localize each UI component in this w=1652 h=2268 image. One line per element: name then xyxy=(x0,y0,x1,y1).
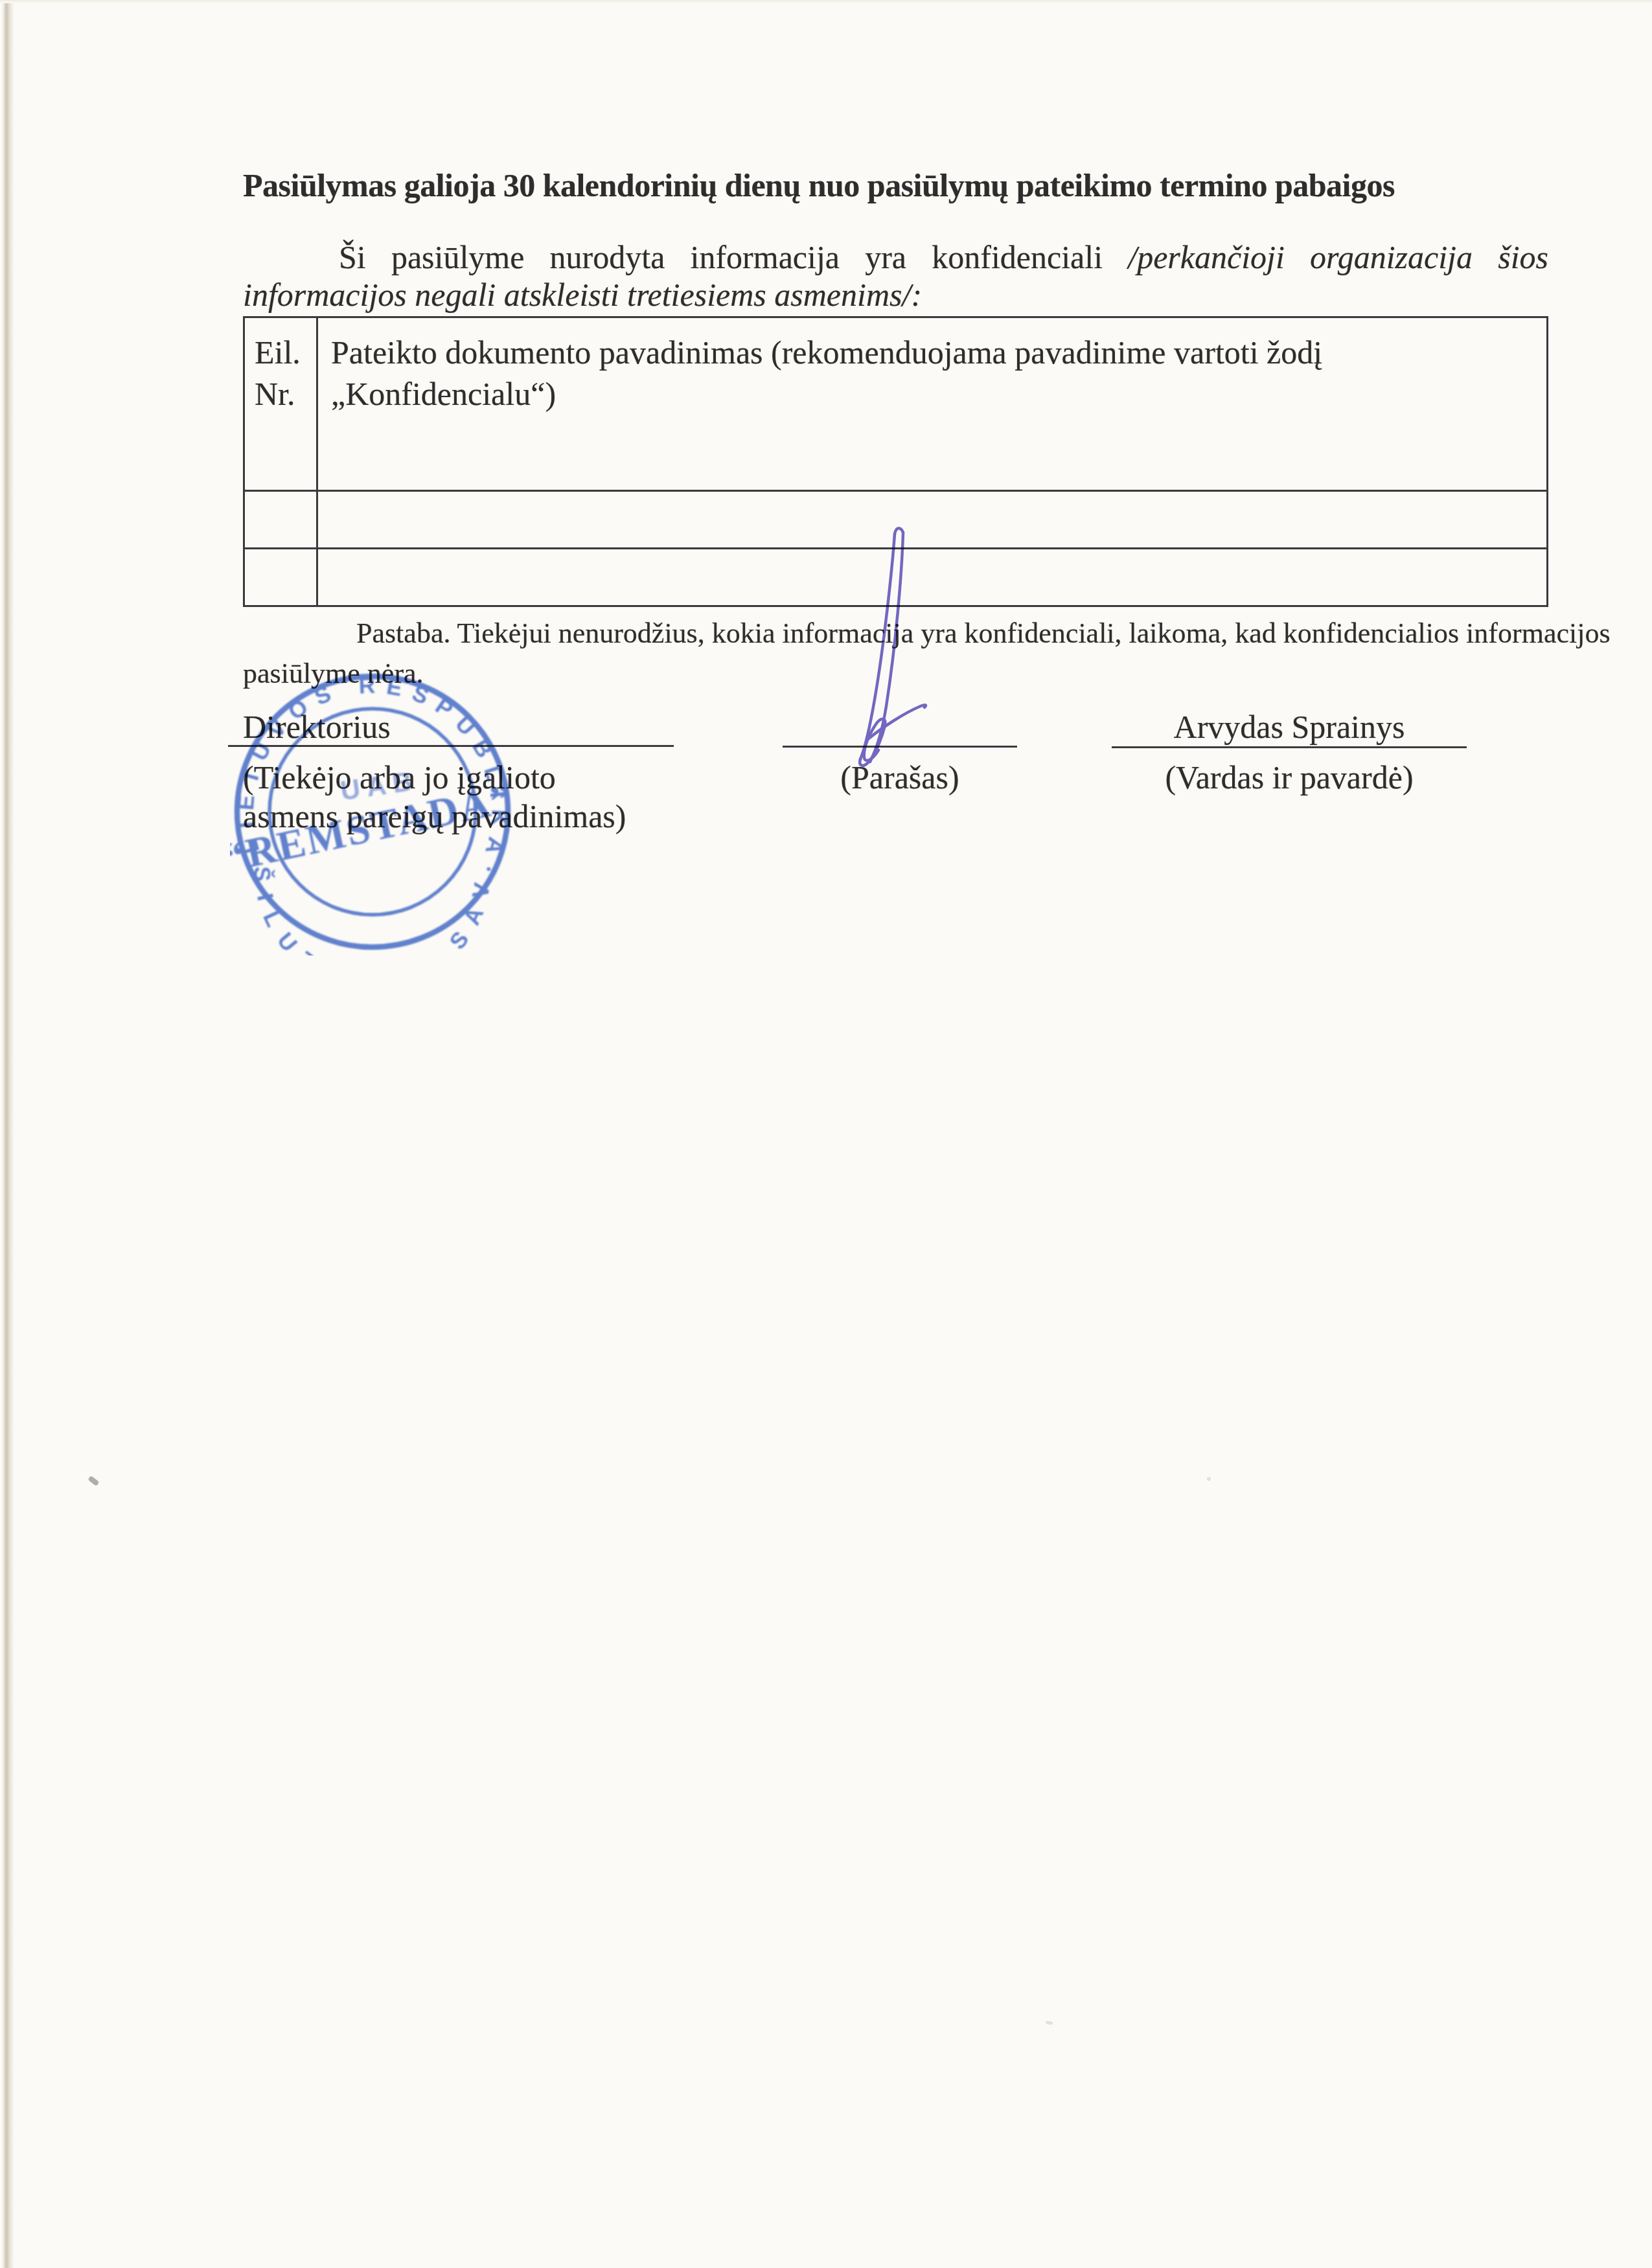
paragraph-line-2: informacijos negali atskleisti tretiesie… xyxy=(243,276,1548,314)
paragraph-regular-text: Ši pasiūlyme nurodyta informacija yra ko… xyxy=(339,239,1103,275)
table-header-col1: Eil. Nr. xyxy=(255,332,301,415)
table-header-col1-line2: Nr. xyxy=(255,373,301,415)
table-column-divider xyxy=(316,318,318,605)
intro-paragraph: Ši pasiūlyme nurodyta informacija yra ko… xyxy=(243,238,1548,314)
paragraph-italic-text: /perkančioji organizacija šios xyxy=(1128,239,1548,275)
table-header-col2-line2: „Konfidencialu“) xyxy=(331,373,1322,415)
scan-speck xyxy=(87,1476,99,1487)
name-label: (Vardas ir pavardė) xyxy=(1112,758,1467,797)
scanned-document-page: Pasiūlymas galioja 30 kalendorinių dienų… xyxy=(0,0,1652,2268)
signature-stroke xyxy=(860,534,895,759)
company-round-stamp: LIETUVOS RESPUBLIKA ŠILUTĖS R. SAV. UAB … xyxy=(230,670,515,956)
table-row-divider-1 xyxy=(245,490,1546,492)
scan-speck xyxy=(1046,2021,1053,2024)
stamp-bottom-arc-text: ŠILUTĖS R. SAV. xyxy=(249,865,496,956)
name-signature-line xyxy=(1112,746,1467,748)
document-heading: Pasiūlymas galioja 30 kalendorinių dienų… xyxy=(243,166,1395,204)
scan-speck xyxy=(1207,1477,1211,1481)
table-header-col2: Pateikto dokumento pavadinimas (rekomend… xyxy=(331,332,1322,415)
scanner-edge-shadow xyxy=(0,0,14,2268)
svg-text:ŠILUTĖS R. SAV.: ŠILUTĖS R. SAV. xyxy=(249,865,496,956)
scanner-top-shadow xyxy=(0,0,1652,3)
table-header-col1-line1: Eil. xyxy=(255,332,301,373)
paragraph-line-1: Ši pasiūlyme nurodyta informacija yra ko… xyxy=(243,238,1548,276)
signer-name: Arvydas Sprainys xyxy=(1112,707,1467,746)
table-header-col2-line1: Pateikto dokumento pavadinimas (rekomend… xyxy=(331,332,1322,373)
handwritten-signature xyxy=(829,505,972,790)
signature-stroke xyxy=(895,528,903,534)
